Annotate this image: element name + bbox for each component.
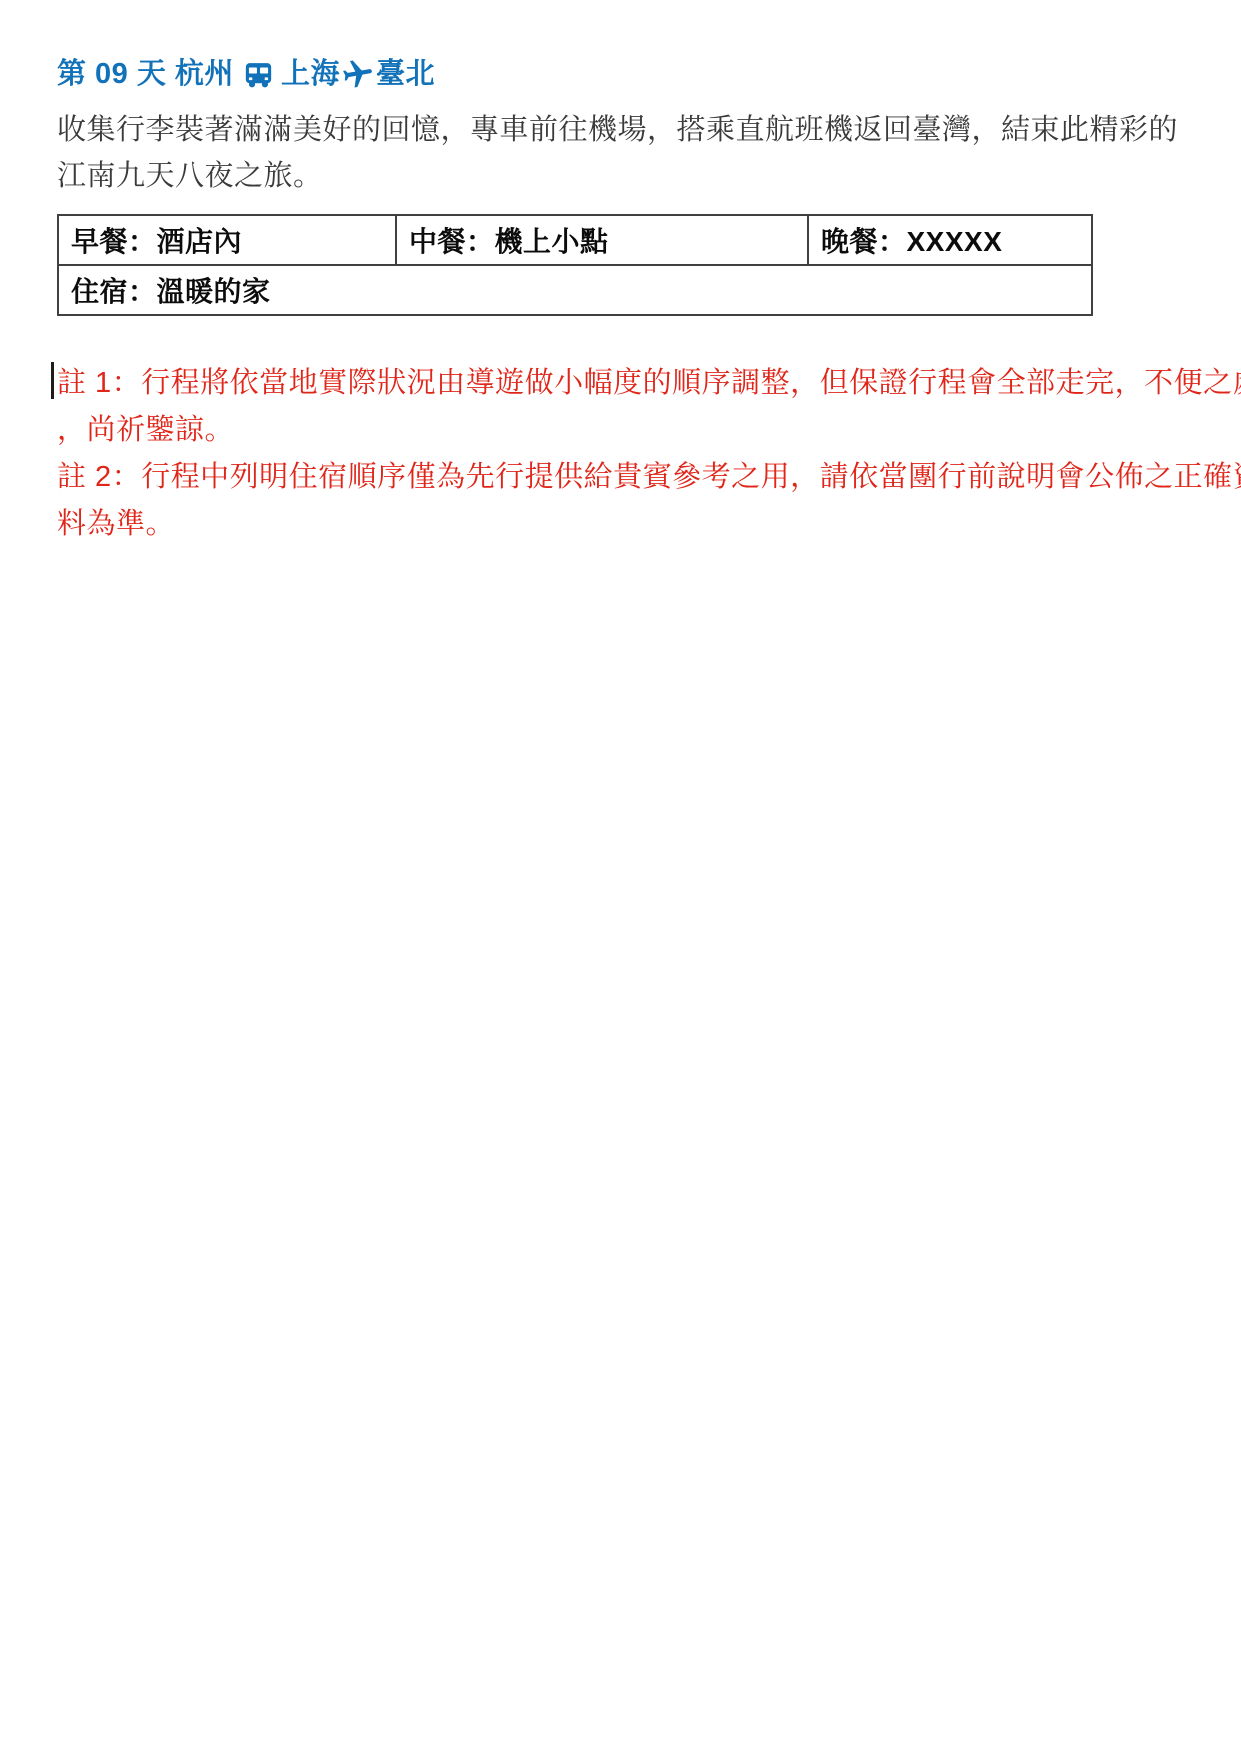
note-line-4: 料為準。 — [57, 501, 1183, 548]
note-line-2: ，尚祈鑒諒。 — [57, 407, 1183, 454]
note-line-3: 註 2：行程中列明住宿順序僅為先行提供給貴賓參考之用，請依當團行前說明會公佈之正… — [57, 454, 1183, 501]
text-cursor — [51, 362, 54, 399]
bus-icon — [243, 59, 274, 90]
paragraph-line: 收集行李裝著滿滿美好的回憶，專車前往機場，搭乘直航班機返回臺灣，結束此精彩的 — [57, 107, 1183, 153]
breakfast-cell: 早餐：酒店內 — [58, 215, 396, 265]
table-row-lodging: 住宿：溫暖的家 — [58, 265, 1092, 315]
lunch-cell: 中餐：機上小點 — [396, 215, 808, 265]
meal-lodging-table: 早餐：酒店內 中餐：機上小點 晚餐：XXXXX 住宿：溫暖的家 — [57, 214, 1093, 316]
document-page: 第 09 天 杭州 上海 臺北 — [57, 0, 1183, 548]
day-title: 第 09 天 杭州 上海 臺北 — [57, 54, 1183, 94]
day-title-prefix: 第 09 天 杭州 — [57, 54, 234, 94]
table-row-meals: 早餐：酒店內 中餐：機上小點 晚餐：XXXXX — [58, 215, 1092, 265]
day-title-mid: 上海 — [281, 54, 340, 94]
note-line-1: 註 1：行程將依當地實際狀況由導遊做小幅度的順序調整，但保證行程會全部走完，不便… — [57, 360, 1183, 407]
plane-icon — [341, 57, 375, 91]
itinerary-paragraph: 收集行李裝著滿滿美好的回憶，專車前往機場，搭乘直航班機返回臺灣，結束此精彩的 江… — [57, 107, 1183, 199]
lodging-cell: 住宿：溫暖的家 — [58, 265, 1092, 315]
day-title-end: 臺北 — [376, 54, 435, 94]
paragraph-line: 江南九天八夜之旅。 — [57, 153, 1183, 199]
dinner-cell: 晚餐：XXXXX — [808, 215, 1092, 265]
notes-block: 註 1：行程將依當地實際狀況由導遊做小幅度的順序調整，但保證行程會全部走完，不便… — [57, 360, 1183, 548]
